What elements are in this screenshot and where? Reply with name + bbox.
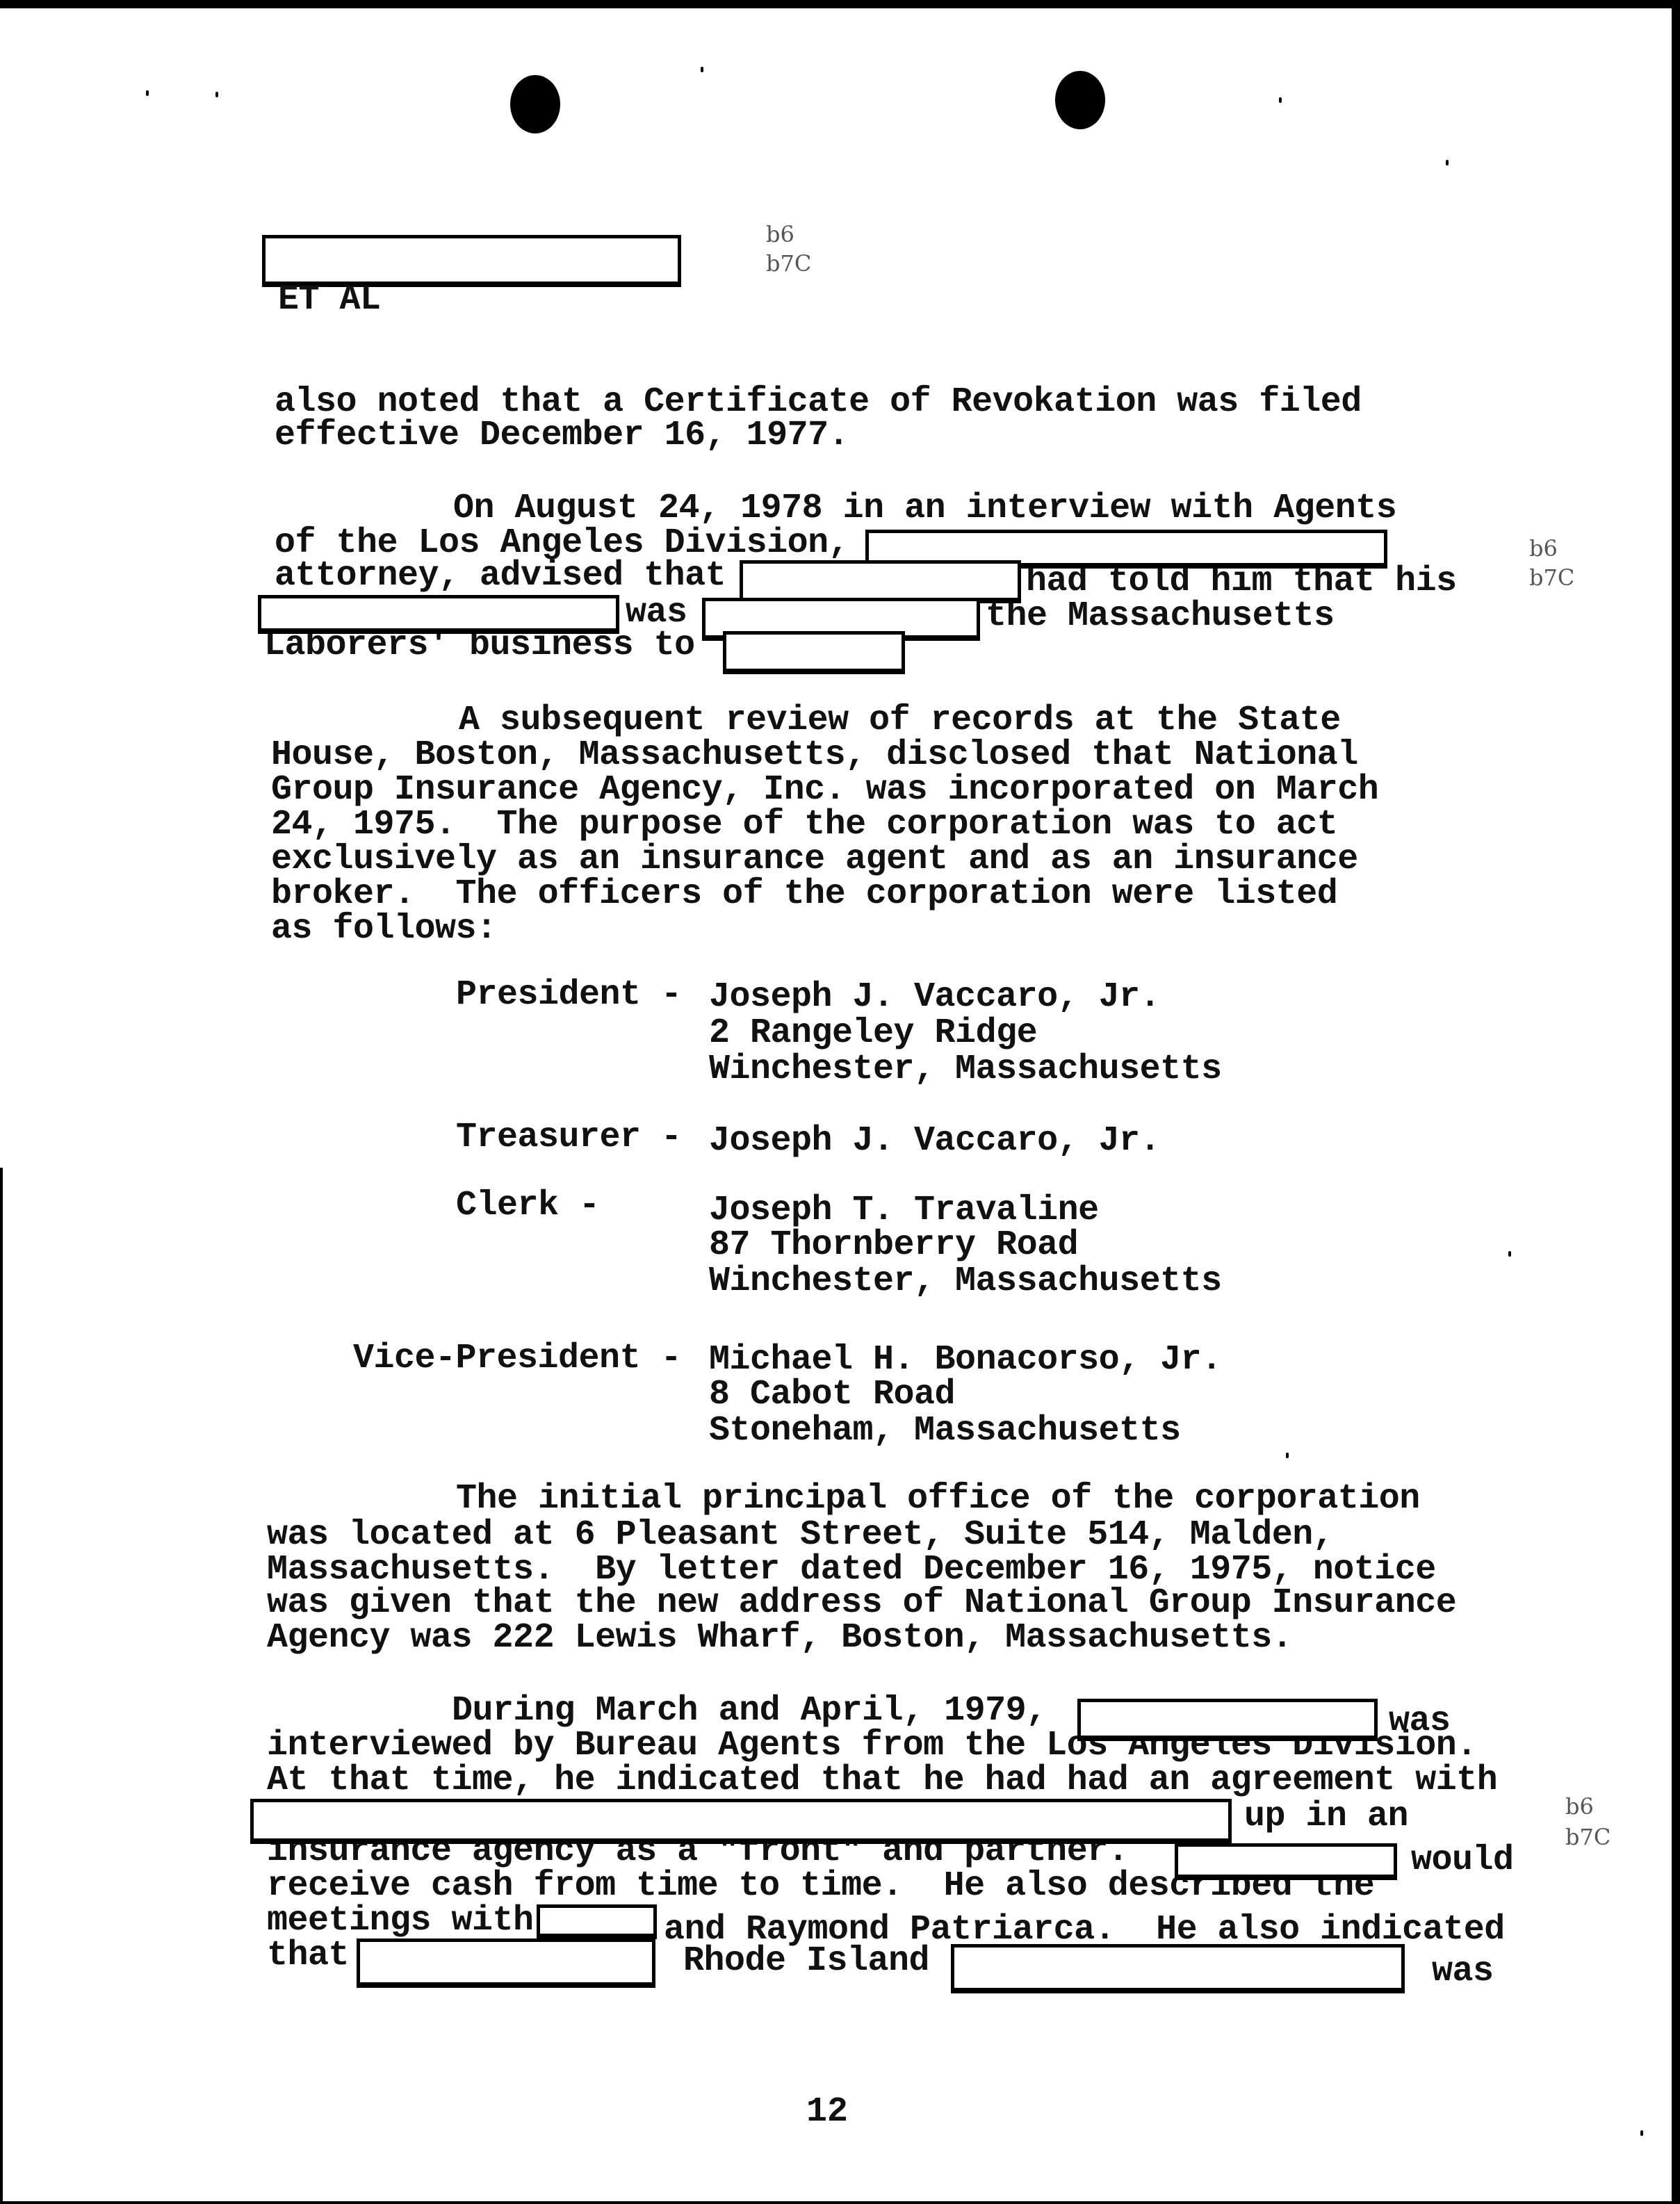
officer-detail: Stoneham, Massachusetts — [709, 1414, 1181, 1448]
scan-speck — [1446, 160, 1449, 165]
paragraph-4-line: was given that the new address of Nation… — [267, 1586, 1456, 1621]
paragraph-3-line: A subsequent review of records at the St… — [459, 703, 1341, 738]
redaction-box — [1077, 1699, 1378, 1741]
redaction-box — [723, 631, 905, 674]
paragraph-5-line: During March and April, 1979, — [452, 1694, 1047, 1729]
officer-title-vice-president: Vice-President - — [353, 1341, 681, 1376]
redaction-box — [537, 1904, 657, 1939]
paragraph-2-line: had told him that his — [1026, 564, 1457, 599]
scan-speck — [701, 67, 703, 72]
scan-speck — [146, 90, 149, 96]
redaction-box — [262, 235, 681, 287]
punch-hole-right — [1055, 71, 1105, 129]
scan-edge-bottom — [0, 2201, 1680, 2204]
paragraph-3-line: broker. The officers of the corporation … — [271, 877, 1337, 912]
paragraph-5-line: meetings with — [267, 1904, 534, 1938]
scan-speck — [215, 92, 218, 97]
officer-title-president: President - — [456, 978, 682, 1013]
paragraph-5-line: that — [267, 1938, 349, 1973]
paragraph-4-line: The initial principal office of the corp… — [456, 1482, 1420, 1517]
caption-et-al: ET AL — [278, 283, 381, 318]
officer-detail: 2 Rangeley Ridge — [709, 1016, 1037, 1051]
redaction-box — [250, 1799, 1232, 1844]
officer-detail: Joseph J. Vaccaro, Jr. — [709, 1124, 1160, 1159]
exemption-code-b6: b6 — [1529, 535, 1558, 562]
paragraph-5-line: Rhode Island — [683, 1944, 929, 1979]
paragraph-5-line: At that time, he indicated that he had h… — [267, 1763, 1497, 1798]
scan-speck — [1279, 97, 1282, 103]
punch-hole-left — [510, 75, 560, 133]
officer-title-treasurer: Treasurer - — [456, 1120, 682, 1155]
scan-speck — [1508, 1251, 1511, 1257]
redaction-box — [258, 595, 619, 634]
scan-edge-right — [1672, 0, 1680, 2204]
exemption-code-b7c: b7C — [766, 250, 811, 277]
officer-detail: Joseph T. Travaline — [709, 1193, 1099, 1228]
paragraph-5-line: up in an — [1244, 1799, 1408, 1834]
exemption-code-b7c: b7C — [1529, 564, 1574, 591]
paragraph-5-line: would — [1411, 1843, 1514, 1878]
redaction-box — [357, 1938, 655, 1988]
paragraph-4-line: Massachusetts. By letter dated December … — [267, 1553, 1436, 1587]
scan-speck — [1640, 2130, 1643, 2136]
officer-detail: Winchester, Massachusetts — [709, 1052, 1222, 1087]
scan-speck — [1286, 1453, 1289, 1458]
officer-detail: Michael H. Bonacorso, Jr. — [709, 1343, 1222, 1378]
paragraph-1-line: effective December 16, 1977. — [275, 418, 849, 453]
page-number: 12 — [806, 2092, 848, 2132]
officer-title-clerk: Clerk - — [456, 1189, 600, 1223]
officer-detail: Joseph J. Vaccaro, Jr. — [709, 980, 1160, 1015]
paragraph-5-line: was — [1432, 1954, 1494, 1989]
scan-edge-top — [0, 0, 1680, 8]
paragraph-2-line: On August 24, 1978 in an interview with … — [453, 491, 1396, 526]
paragraph-3-line: Group Insurance Agency, Inc. was incorpo… — [271, 773, 1378, 808]
exemption-code-b6: b6 — [1565, 1793, 1594, 1820]
officer-detail: 8 Cabot Road — [709, 1378, 955, 1412]
paragraph-4-line: Agency was 222 Lewis Wharf, Boston, Mass… — [267, 1621, 1292, 1656]
paragraph-3-line: 24, 1975. The purpose of the corporation… — [271, 808, 1337, 842]
redaction-box — [1175, 1843, 1397, 1880]
exemption-code-b7c: b7C — [1565, 1824, 1610, 1850]
paragraph-4-line: was located at 6 Pleasant Street, Suite … — [267, 1518, 1333, 1553]
paragraph-2-line: the Massachusetts — [986, 599, 1335, 634]
officer-detail: Winchester, Massachusetts — [709, 1264, 1222, 1299]
scan-edge-left — [0, 1168, 3, 2203]
paragraph-3-line: as follows: — [271, 912, 497, 947]
exemption-code-b6: b6 — [766, 221, 794, 247]
paragraph-1-line: also noted that a Certificate of Revokat… — [275, 385, 1362, 420]
paragraph-2-line: attorney, advised that — [275, 559, 726, 594]
redaction-box — [951, 1944, 1405, 1993]
document-page: ET AL b6 b7C also noted that a Certifica… — [0, 0, 1680, 2204]
officer-detail: 87 Thornberry Road — [709, 1228, 1078, 1263]
paragraph-3-line: exclusively as an insurance agent and as… — [271, 842, 1358, 877]
redaction-box — [740, 560, 1021, 603]
paragraph-3-line: House, Boston, Massachusetts, disclosed … — [271, 738, 1358, 773]
